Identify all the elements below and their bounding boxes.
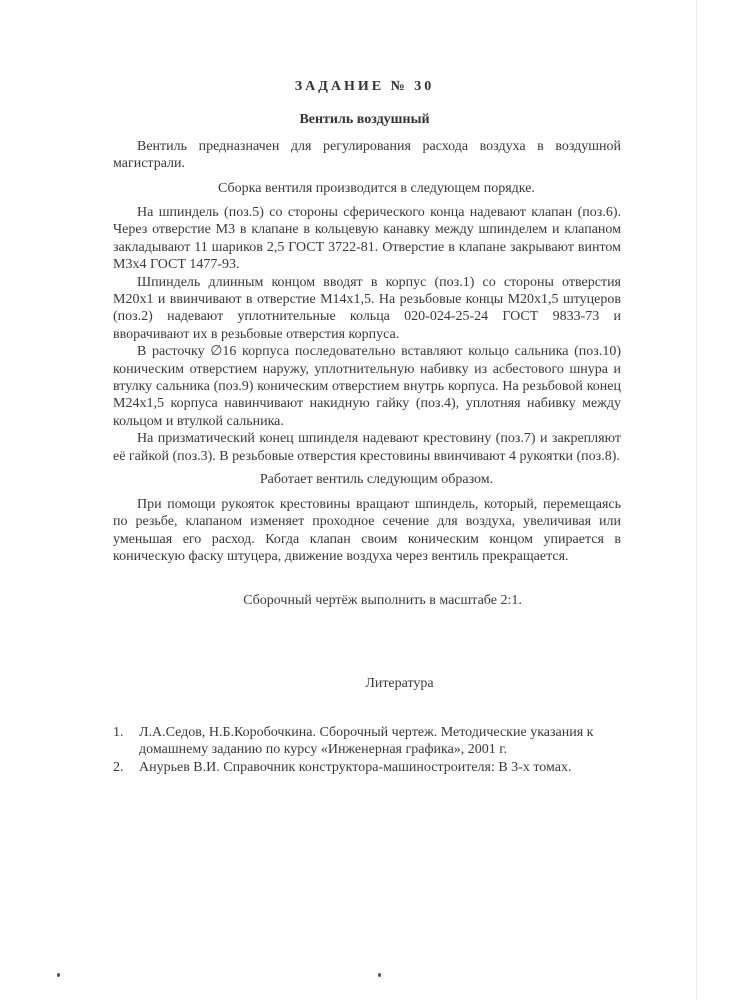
assembly-paragraph-1: На шпиндель (поз.5) со стороны сферическ… <box>113 204 621 274</box>
intro-paragraph: Вентиль предназначен для регулирования р… <box>113 138 621 173</box>
assembly-section: На шпиндель (поз.5) со стороны сферическ… <box>113 204 621 465</box>
assignment-title: ЗАДАНИЕ № 30 <box>0 79 729 95</box>
scale-note: Сборочный чертёж выполнить в масштабе 2:… <box>18 593 729 609</box>
assembly-paragraph-2: Шпиндель длинным концом вводят в корпус … <box>113 274 621 344</box>
literature-list: 1. Л.А.Седов, Н.Б.Коробочкина. Сборочный… <box>113 724 633 776</box>
assembly-paragraph-3: В расточку ∅16 корпуса последовательно в… <box>113 343 621 430</box>
assembly-heading: Сборка вентиля производится в следующем … <box>12 181 729 197</box>
scan-speck <box>378 973 381 977</box>
literature-item: 1. Л.А.Седов, Н.Б.Коробочкина. Сборочный… <box>113 724 633 759</box>
assignment-subtitle: Вентиль воздушный <box>0 112 729 128</box>
scan-edge-line <box>696 0 697 1000</box>
literature-heading: Литература <box>35 676 729 692</box>
operation-heading: Работает вентиль следующим образом. <box>12 472 729 488</box>
operation-paragraph: При помощи рукояток крестовины вращают ш… <box>113 496 621 566</box>
literature-item: 2. Анурьев В.И. Справочник конструктора-… <box>113 759 633 776</box>
scanned-page: ЗАДАНИЕ № 30 Вентиль воздушный Вентиль п… <box>0 0 729 1000</box>
scan-speck <box>57 973 60 977</box>
assembly-paragraph-4: На призматический конец шпинделя надеваю… <box>113 430 621 465</box>
